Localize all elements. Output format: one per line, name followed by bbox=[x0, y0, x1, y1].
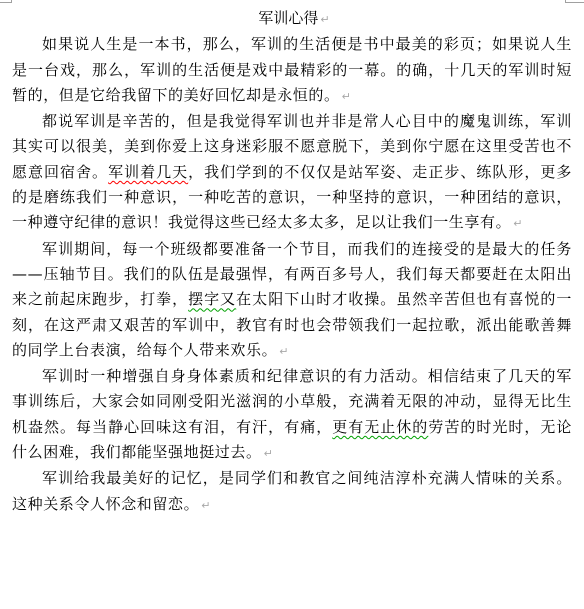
paragraph-mark-icon: ↵ bbox=[201, 499, 210, 512]
crop-mark-top-right-v bbox=[565, 0, 566, 3]
paragraph-text: 军训给我最美好的记忆，是同学们和教官之间纯洁淳朴充满人情味的关系。这种关系令人怀… bbox=[12, 469, 572, 512]
paragraph-text: 如果说人生是一本书，那么，军训的生活便是书中最美的彩页；如果说人生是一台戏，那么… bbox=[12, 35, 572, 104]
paragraph-5: 军训给我最美好的记忆，是同学们和教官之间纯洁淳朴充满人情味的关系。这种关系令人怀… bbox=[12, 466, 572, 518]
paragraph-2: 都说军训是辛苦的，但是我觉得军训也并非是常人心目中的魔鬼训练，军训其实可以很美，… bbox=[12, 109, 572, 236]
grammar-error-highlight[interactable]: 摆字又 bbox=[188, 290, 236, 308]
paragraph-mark-icon: ↵ bbox=[342, 90, 351, 103]
crop-mark-top-right-h bbox=[565, 2, 584, 3]
crop-mark-top-left-v bbox=[11, 0, 12, 3]
grammar-error-highlight[interactable]: 更有无止休的 bbox=[332, 418, 428, 436]
document-title: 军训心得↵ bbox=[12, 6, 572, 32]
paragraph-mark-icon: ↵ bbox=[513, 217, 522, 230]
paragraph-mark-icon: ↵ bbox=[279, 345, 288, 358]
paragraph-mark-icon: ↵ bbox=[264, 447, 273, 460]
document-page[interactable]: 军训心得↵ 如果说人生是一本书，那么，军训的生活便是书中最美的彩页；如果说人生是… bbox=[12, 6, 572, 518]
paragraph-4: 军训时一种增强自身身体素质和纪律意识的有力活动。相信结束了几天的军事训练后，大家… bbox=[12, 364, 572, 466]
paragraph-mark-icon: ↵ bbox=[320, 13, 329, 26]
paragraph-1: 如果说人生是一本书，那么，军训的生活便是书中最美的彩页；如果说人生是一台戏，那么… bbox=[12, 32, 572, 109]
paragraph-3: 军训期间，每一个班级都要准备一个节目，而我们的连接受的是最大的任务——压轴节目。… bbox=[12, 237, 572, 364]
title-text: 军训心得 bbox=[258, 9, 318, 27]
spelling-error-highlight[interactable]: 军训着几天 bbox=[108, 163, 188, 181]
